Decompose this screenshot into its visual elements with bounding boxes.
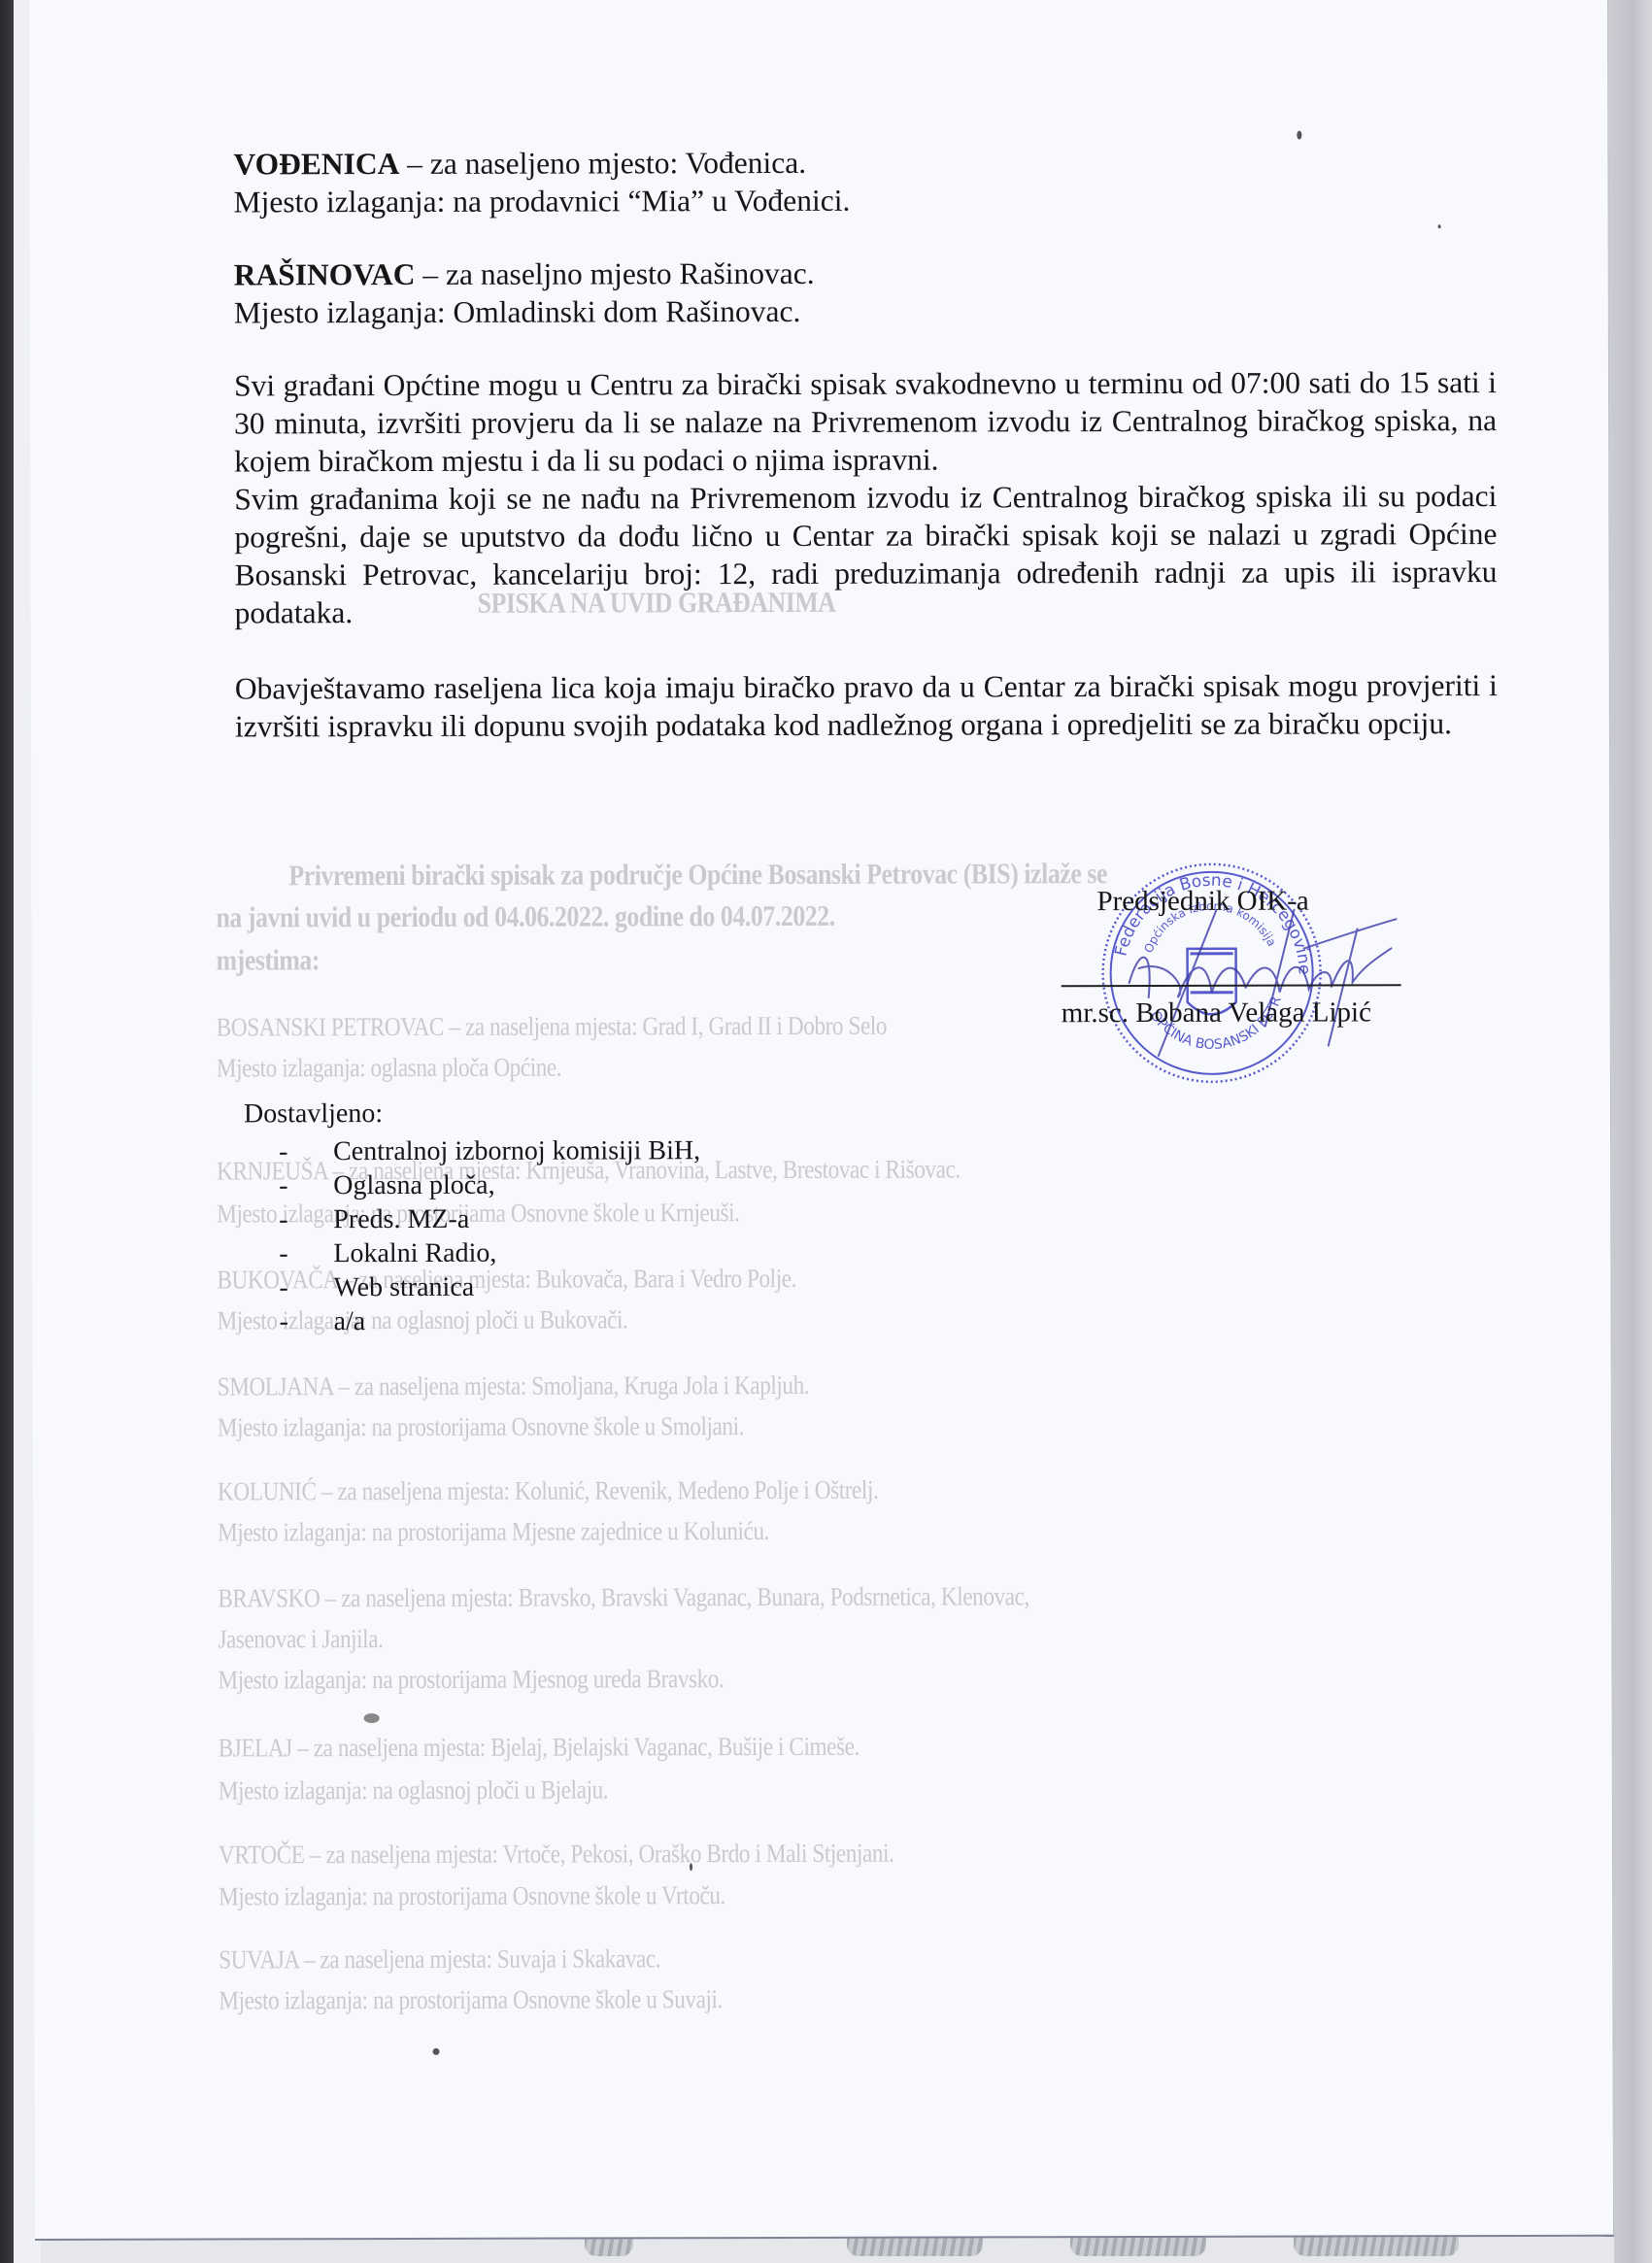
- bleed-through-line: Mjesto izlaganja: oglasna ploča Općine.: [217, 1050, 561, 1086]
- distribution-item: -Oglasna ploča,: [279, 1167, 700, 1202]
- distribution-item: -Preds. MZ-a: [279, 1201, 700, 1236]
- signatory-title: Predsjednik OIK-a: [1096, 886, 1308, 919]
- scan-border-left: [0, 0, 14, 2263]
- signature-line: [1062, 984, 1401, 987]
- distribution-item: -Web stranica: [279, 1269, 700, 1304]
- signatory-name: mr.sc. Bobana Velaga Lipić: [1062, 996, 1371, 1030]
- paragraph-displaced-persons: Obavještavamo raseljena lica koja imaju …: [235, 666, 1498, 745]
- entry-name: VOĐENICA: [233, 147, 399, 181]
- document-page: SPISKA NA UVID GRAĐANIMAPrivremeni birač…: [29, 0, 1614, 2241]
- scan-speck: [1438, 224, 1441, 228]
- bleed-through-line: Jasenovac i Janjila.: [218, 1621, 383, 1656]
- bleed-through-line: SUVAJA – za naseljena mjesta: Suvaja i S…: [219, 1941, 660, 1976]
- bleed-through-line: mjestima:: [217, 943, 320, 978]
- entry-location: Mjesto izlaganja: na prodavnici “Mia” u …: [233, 180, 1496, 220]
- bleed-through-line: Mjesto izlaganja: na prostorijama Osnovn…: [218, 1408, 744, 1444]
- distribution-label: Dostavljeno:: [244, 1096, 700, 1131]
- entry-location: Mjesto izlaganja: Omladinski dom Rašinov…: [234, 290, 1497, 331]
- paragraph-instructions: Svim građanima koji se ne nađu na Privre…: [234, 477, 1497, 631]
- bleed-through-line: Mjesto izlaganja: na prostorijama Mjesno…: [218, 1661, 724, 1697]
- scan-speck: [364, 1713, 380, 1723]
- bleed-through-line: Mjesto izlaganja: na prostorijama Osnovn…: [219, 1981, 723, 2017]
- bleed-through-line: VRTOČE – za naseljena mjesta: Vrtoče, Pe…: [219, 1836, 894, 1873]
- scan-speck: [1297, 131, 1301, 140]
- distribution-list: Dostavljeno: -Centralnoj izbornoj komisi…: [244, 1096, 701, 1338]
- polling-entry-vodenica: VOĐENICA – za naseljeno mjesto: Vođenica…: [233, 142, 1496, 220]
- bleed-through-line: BRAVSKO – za naseljena mjesta: Bravsko, …: [218, 1578, 1029, 1615]
- paragraph-check-info: Svi građani Općtine mogu u Centru za bir…: [234, 363, 1497, 480]
- bleed-through-line: KOLUNIĆ – za naseljena mjesta: Kolunić, …: [218, 1472, 878, 1509]
- bleed-through-line: na javni uvid u periodu od 04.06.2022. g…: [216, 899, 834, 936]
- distribution-item: -Lokalni Radio,: [279, 1235, 700, 1270]
- bleed-through-line: BOSANSKI PETROVAC – za naseljena mjesta:…: [217, 1008, 887, 1045]
- entry-description: – za naseljno mjesto Rašinovac.: [415, 256, 814, 291]
- bleed-through-line: Privremeni birački spisak za područje Op…: [288, 857, 1107, 894]
- distribution-item: -Centralnoj izbornoj komisiji BiH,: [279, 1133, 700, 1168]
- document-body: VOĐENICA – za naseljeno mjesto: Vođenica…: [233, 142, 1498, 745]
- bleed-through-line: Mjesto izlaganja: na oglasnoj ploči u Bj…: [219, 1772, 608, 1807]
- entry-description: – za naseljeno mjesto: Vođenica.: [399, 146, 806, 181]
- bleed-through-line: BJELAJ – za naseljena mjesta: Bjelaj, Bj…: [219, 1729, 860, 1766]
- distribution-item: -a/a: [280, 1303, 701, 1338]
- bleed-through-line: Mjesto izlaganja: na prostorijama Osnovn…: [219, 1877, 725, 1913]
- entry-name: RAŠINOVAC: [234, 257, 416, 291]
- bleed-through-line: SMOLJANA – za naseljena mjesta: Smoljana…: [218, 1368, 810, 1404]
- bleed-through-line: Mjesto izlaganja: na prostorijama Mjesne…: [218, 1513, 769, 1549]
- signature-block: Predsjednik OIK-a mr.sc. Bobana Velaga L…: [1061, 885, 1478, 886]
- polling-entry-rasinovac: RAŠINOVAC – za naseljno mjesto Rašinovac…: [234, 253, 1497, 331]
- scan-speck: [433, 2048, 440, 2055]
- scan-speck: [690, 1863, 692, 1871]
